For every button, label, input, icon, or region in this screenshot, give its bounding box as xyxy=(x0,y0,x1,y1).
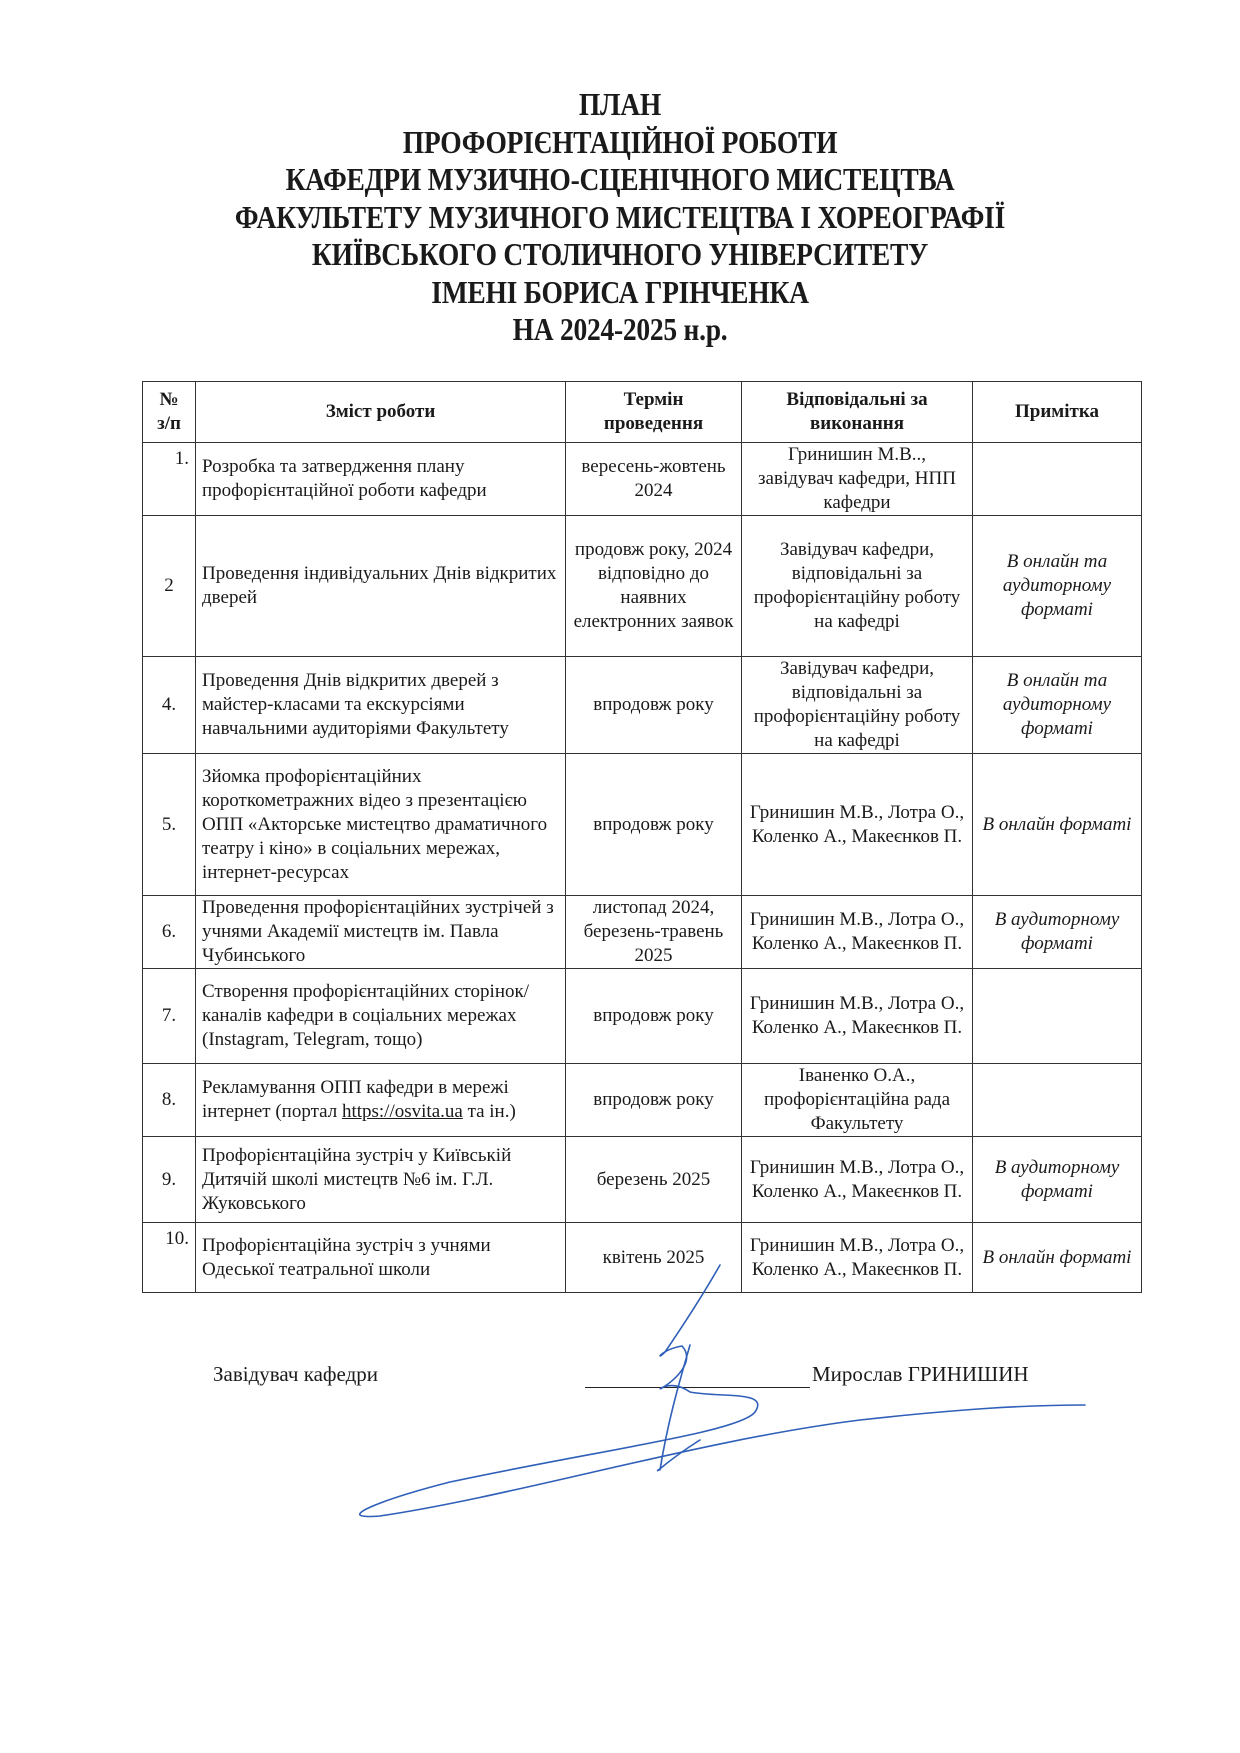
row-content: Рекламування ОПП кафедри в мережі інтерн… xyxy=(196,1064,566,1137)
row-number: 6. xyxy=(143,896,196,969)
row-responsible: Гринишин М.В., Лотра О., Коленко А., Мак… xyxy=(742,1223,973,1293)
table-row: 5. Зйомка профорієнтаційних короткометра… xyxy=(143,754,1142,896)
table-row: 7. Створення профорієнтаційних сторінок/… xyxy=(143,969,1142,1064)
header-content: Зміст роботи xyxy=(196,382,566,443)
row-number: 4. xyxy=(143,657,196,754)
title-line: ІМЕНІ БОРИСА ГРІНЧЕНКА xyxy=(87,274,1153,312)
row-term: впродовж року xyxy=(566,1064,742,1137)
row-content-text: та ін.) xyxy=(463,1101,516,1122)
table-header-row: № з/п Зміст роботи Термін проведення Від… xyxy=(143,382,1142,443)
row-content: Проведення Днів відкритих дверей з майст… xyxy=(196,657,566,754)
row-content: Розробка та затвердження плану профорієн… xyxy=(196,443,566,516)
header-term-line2: проведення xyxy=(572,412,735,436)
table-row: 1. Розробка та затвердження плану профор… xyxy=(143,443,1142,516)
row-term: березень 2025 xyxy=(566,1137,742,1223)
row-note: В аудиторному форматі xyxy=(973,1137,1142,1223)
row-term: квітень 2025 xyxy=(566,1223,742,1293)
table-row: 10. Профорієнтаційна зустріч з учнями Од… xyxy=(143,1223,1142,1293)
row-content: Проведення індивідуальних Днів відкритих… xyxy=(196,516,566,657)
row-note: В онлайн та аудиторному форматі xyxy=(973,516,1142,657)
row-note xyxy=(973,969,1142,1064)
header-responsible: Відповідальні за виконання xyxy=(742,382,973,443)
row-number: 2 xyxy=(143,516,196,657)
row-content: Створення профорієнтаційних сторінок/кан… xyxy=(196,969,566,1064)
row-note xyxy=(973,443,1142,516)
title-line: ПЛАН xyxy=(87,86,1153,124)
plan-table: № з/п Зміст роботи Термін проведення Від… xyxy=(142,381,1142,1293)
title-line: НА 2024-2025 н.р. xyxy=(87,311,1153,349)
signature-strokes xyxy=(360,1265,1085,1517)
row-note xyxy=(973,1064,1142,1137)
header-number-line2: з/п xyxy=(149,412,189,436)
row-content: Проведення профорієнтаційних зустрічей з… xyxy=(196,896,566,969)
row-term: вересень-жовтень 2024 xyxy=(566,443,742,516)
row-responsible: Завідувач кафедри, відповідальні за проф… xyxy=(742,657,973,754)
row-term: впродовж року xyxy=(566,657,742,754)
row-number: 7. xyxy=(143,969,196,1064)
header-term: Термін проведення xyxy=(566,382,742,443)
row-responsible: Гринишин М.В.., завідувач кафедри, НПП к… xyxy=(742,443,973,516)
header-number-line1: № xyxy=(149,388,189,412)
signatory-name: Мирослав ГРИНИШИН xyxy=(812,1362,1029,1387)
row-term: листопад 2024, березень-травень 2025 xyxy=(566,896,742,969)
row-number: 5. xyxy=(143,754,196,896)
row-content: Зйомка профорієнтаційних короткометражни… xyxy=(196,754,566,896)
signature-line xyxy=(585,1387,810,1388)
header-responsible-line2: виконання xyxy=(748,412,966,436)
table-row: 9. Профорієнтаційна зустріч у Київській … xyxy=(143,1137,1142,1223)
row-term: впродовж року xyxy=(566,754,742,896)
row-term: впродовж року xyxy=(566,969,742,1064)
table-row: 6. Проведення профорієнтаційних зустріче… xyxy=(143,896,1142,969)
title-line: КАФЕДРИ МУЗИЧНО-СЦЕНІЧНОГО МИСТЕЦТВА xyxy=(87,161,1153,199)
row-responsible: Завідувач кафедри, відповідальні за проф… xyxy=(742,516,973,657)
row-number: 1. xyxy=(143,443,196,516)
title-line: ПРОФОРІЄНТАЦІЙНОЇ РОБОТИ xyxy=(87,124,1153,162)
row-responsible: Гринишин М.В., Лотра О., Коленко А., Мак… xyxy=(742,1137,973,1223)
header-note: Примітка xyxy=(973,382,1142,443)
document-title: ПЛАН ПРОФОРІЄНТАЦІЙНОЇ РОБОТИ КАФЕДРИ МУ… xyxy=(87,86,1153,349)
title-line: КИЇВСЬКОГО СТОЛИЧНОГО УНІВЕРСИТЕТУ xyxy=(87,236,1153,274)
table-row: 8. Рекламування ОПП кафедри в мережі інт… xyxy=(143,1064,1142,1137)
row-term: продовж року, 2024 відповідно до наявних… xyxy=(566,516,742,657)
row-content: Профорієнтаційна зустріч у Київській Дит… xyxy=(196,1137,566,1223)
row-note: В онлайн форматі xyxy=(973,754,1142,896)
table-row: 4. Проведення Днів відкритих дверей з ма… xyxy=(143,657,1142,754)
row-number: 9. xyxy=(143,1137,196,1223)
row-responsible: Гринишин М.В., Лотра О., Коленко А., Мак… xyxy=(742,969,973,1064)
row-responsible: Гринишин М.В., Лотра О., Коленко А., Мак… xyxy=(742,896,973,969)
row-note: В аудиторному форматі xyxy=(973,896,1142,969)
row-note: В онлайн та аудиторному форматі xyxy=(973,657,1142,754)
row-number: 10. xyxy=(143,1223,196,1293)
title-line: ФАКУЛЬТЕТУ МУЗИЧНОГО МИСТЕЦТВА І ХОРЕОГР… xyxy=(87,199,1153,237)
row-number: 8. xyxy=(143,1064,196,1137)
row-responsible: Гринишин М.В., Лотра О., Коленко А., Мак… xyxy=(742,754,973,896)
header-number: № з/п xyxy=(143,382,196,443)
row-content: Профорієнтаційна зустріч з учнями Одеськ… xyxy=(196,1223,566,1293)
row-responsible: Іваненко О.А., профорієнтаційна рада Фак… xyxy=(742,1064,973,1137)
header-responsible-line1: Відповідальні за xyxy=(748,388,966,412)
table-row: 2 Проведення індивідуальних Днів відкрит… xyxy=(143,516,1142,657)
osvita-link[interactable]: https://osvita.ua xyxy=(342,1101,463,1122)
header-term-line1: Термін xyxy=(572,388,735,412)
signatory-position: Завідувач кафедри xyxy=(213,1362,378,1387)
row-note: В онлайн форматі xyxy=(973,1223,1142,1293)
